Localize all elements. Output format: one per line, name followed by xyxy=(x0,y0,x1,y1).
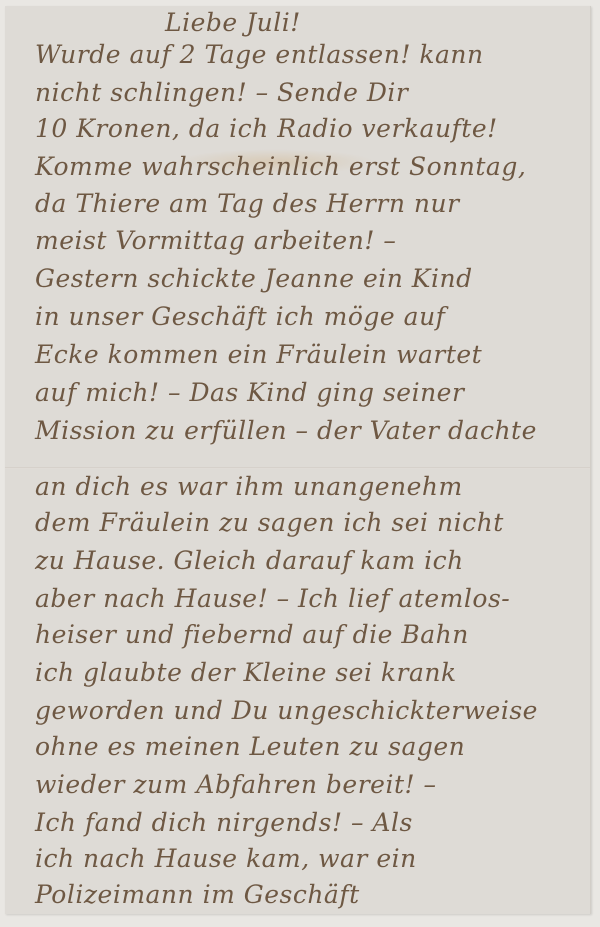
letter-line: Polizeimann im Geschäft xyxy=(35,880,360,909)
letter-line: wieder zum Abfahren bereit! – xyxy=(35,770,437,799)
letter-line: heiser und fiebernd auf die Bahn xyxy=(35,620,469,649)
letter-line: geworden und Du ungeschickterweise xyxy=(35,696,538,725)
paper-fold xyxy=(5,467,590,469)
letter-line: da Thiere am Tag des Herrn nur xyxy=(35,189,460,218)
letter-line: nicht schlingen! – Sende Dir xyxy=(35,78,408,107)
letter-line: meist Vormittag arbeiten! – xyxy=(35,226,396,255)
letter-line: ich nach Hause kam, war ein xyxy=(35,844,417,873)
salutation: Liebe Juli! xyxy=(165,8,301,37)
letter-line: Ich fand dich nirgends! – Als xyxy=(35,808,413,837)
letter-line: an dich es war ihm unangenehm xyxy=(35,472,463,501)
letter-line: dem Fräulein zu sagen ich sei nicht xyxy=(35,508,504,537)
letter-sheet: Liebe Juli! Wurde auf 2 Tage entlassen! … xyxy=(5,6,591,914)
letter-line: aber nach Hause! – Ich lief atemlos- xyxy=(35,584,510,613)
letter-line: Komme wahrscheinlich erst Sonntag, xyxy=(35,152,526,181)
letter-line: Gestern schickte Jeanne ein Kind xyxy=(35,264,473,293)
letter-line: Ecke kommen ein Fräulein wartet xyxy=(35,340,482,369)
letter-line: ich glaubte der Kleine sei krank xyxy=(35,658,457,687)
letter-line: Mission zu erfüllen – der Vater dachte xyxy=(35,416,537,445)
letter-line: in unser Geschäft ich möge auf xyxy=(35,302,445,331)
letter-line: ohne es meinen Leuten zu sagen xyxy=(35,732,465,761)
letter-line: zu Hause. Gleich darauf kam ich xyxy=(35,546,464,575)
letter-line: auf mich! – Das Kind ging seiner xyxy=(35,378,464,407)
letter-line: Wurde auf 2 Tage entlassen! kann xyxy=(35,40,484,69)
letter-line: 10 Kronen, da ich Radio verkaufte! xyxy=(35,114,498,143)
